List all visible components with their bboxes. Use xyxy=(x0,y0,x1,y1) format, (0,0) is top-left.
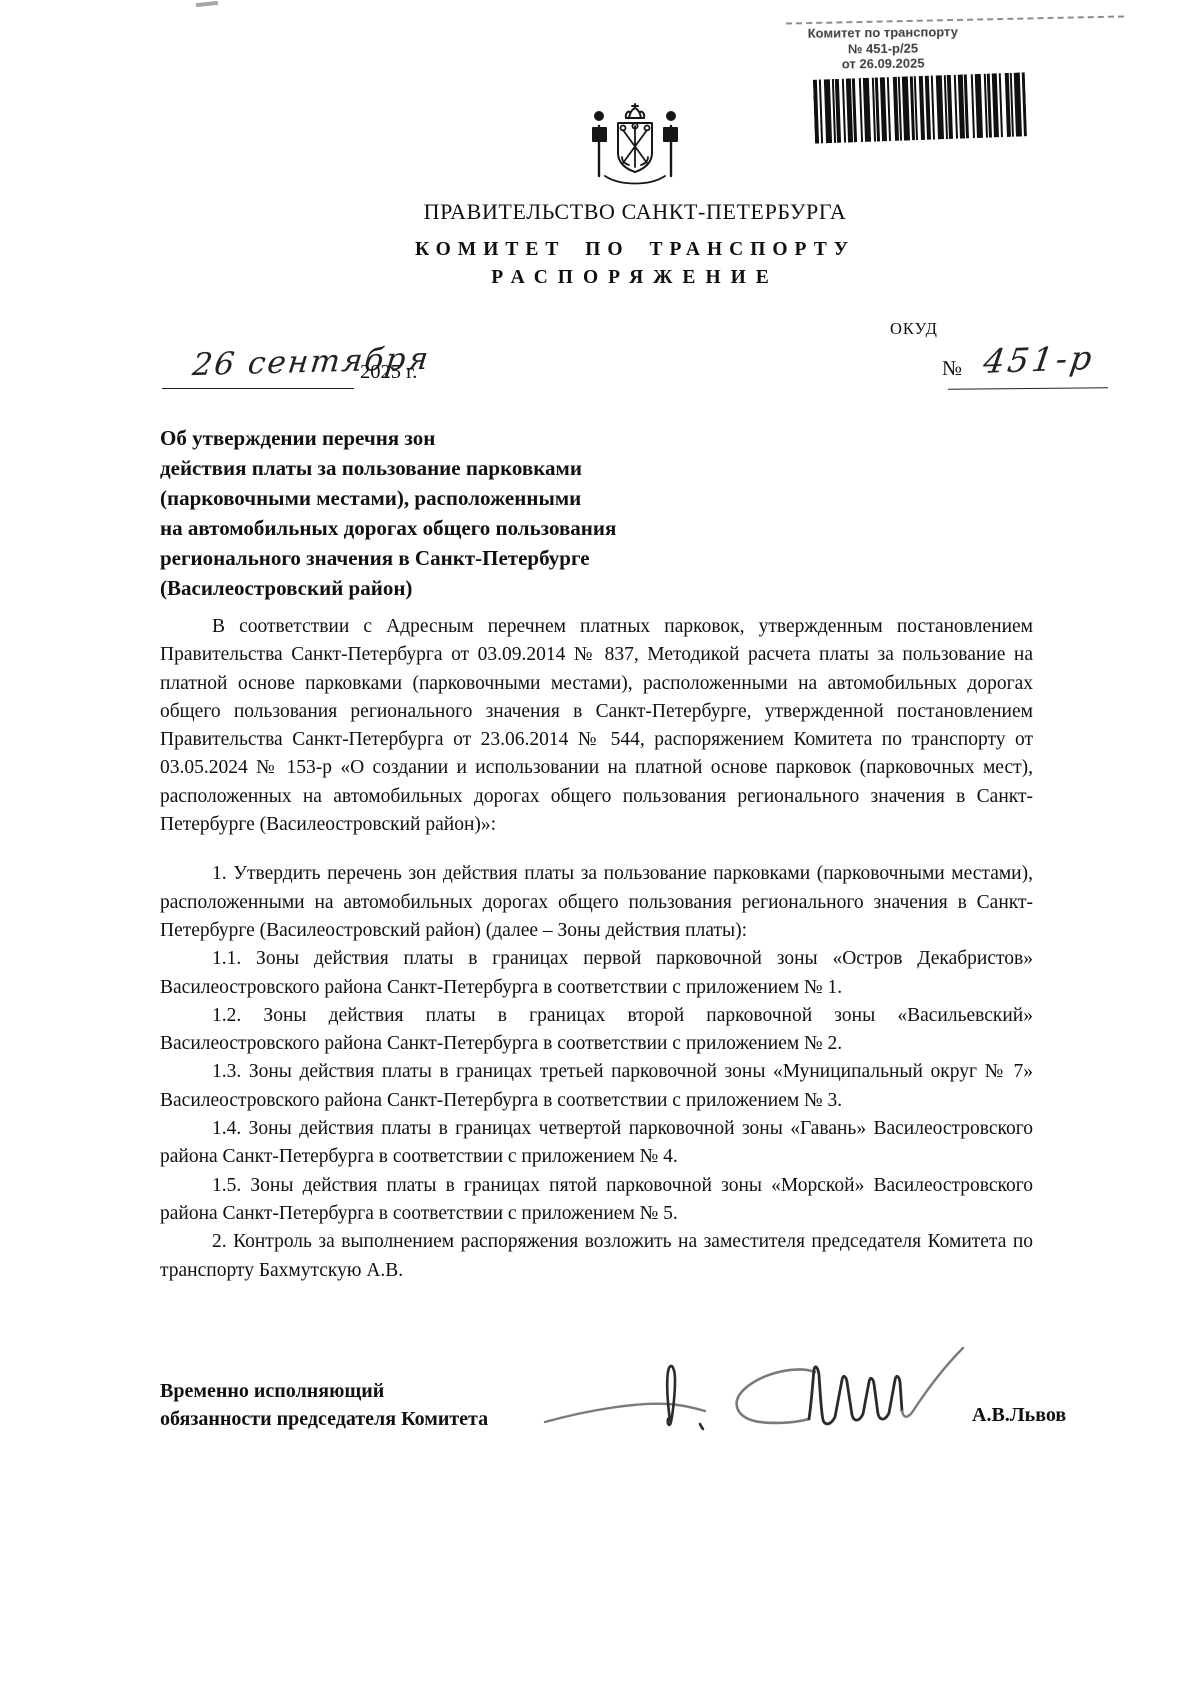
date-year: 2025 г. xyxy=(360,361,417,384)
document-page: Комитет по транспорту № 451-р/25 от 26.0… xyxy=(0,0,1200,1696)
signature-position-line: Временно исполняющий xyxy=(160,1378,488,1406)
number-sign-label: № xyxy=(942,356,962,381)
signature-position: Временно исполняющий обязанности председ… xyxy=(160,1378,488,1433)
signer-name: А.В.Львов xyxy=(972,1404,1066,1427)
okud-label: ОКУД xyxy=(890,319,938,339)
title-line: действия платы за пользование парковками xyxy=(160,453,720,483)
title-line: (Василеостровский район) xyxy=(160,573,720,603)
document-body: В соответствии с Адресным перечнем платн… xyxy=(160,613,1033,1285)
document-title: Об утверждении перечня зон действия плат… xyxy=(160,423,720,603)
number-underline xyxy=(948,387,1108,389)
header-doc-type: РАСПОРЯЖЕНИЕ xyxy=(70,267,1200,289)
handwritten-number: 451-р xyxy=(981,338,1097,381)
coat-of-arms-icon xyxy=(585,101,685,196)
stamp-dashed-line xyxy=(786,15,1124,24)
paragraph-preamble: В соответствии с Адресным перечнем платн… xyxy=(160,613,1033,839)
title-line: (парковочными местами), расположенными xyxy=(160,483,720,513)
title-line: регионального значения в Санкт-Петербург… xyxy=(160,543,720,573)
stamp-date: от 26.09.2025 xyxy=(768,55,998,73)
barcode-icon xyxy=(813,72,1027,148)
signature-autograph xyxy=(543,1318,1013,1448)
paragraph-item-1-1: 1.1. Зоны действия платы в границах перв… xyxy=(160,945,1033,1002)
title-line: Об утверждении перечня зон xyxy=(160,423,720,453)
paragraph-item-1-4: 1.4. Зоны действия платы в границах четв… xyxy=(160,1115,1033,1172)
paragraph-item-1-2: 1.2. Зоны действия платы в границах втор… xyxy=(160,1002,1033,1059)
paragraph-item-1-3: 1.3. Зоны действия платы в границах трет… xyxy=(160,1058,1033,1115)
header-committee: КОМИТЕТ ПО ТРАНСПОРТУ xyxy=(70,239,1200,261)
scan-artifact-mark xyxy=(196,1,218,7)
paragraph-item-1: 1. Утвердить перечень зон действия платы… xyxy=(160,860,1033,945)
header-government: ПРАВИТЕЛЬСТВО САНКТ-ПЕТЕРБУРГА xyxy=(70,199,1200,225)
paragraph-item-2: 2. Контроль за выполнением распоряжения … xyxy=(160,1228,1033,1285)
signature-position-line: обязанности председателя Комитета xyxy=(160,1406,488,1434)
date-underline xyxy=(162,388,354,389)
title-line: на автомобильных дорогах общего пользова… xyxy=(160,513,720,543)
paragraph-item-1-5: 1.5. Зоны действия платы в границах пято… xyxy=(160,1172,1033,1229)
registration-stamp: Комитет по транспорту № 451-р/25 от 26.0… xyxy=(768,24,998,73)
